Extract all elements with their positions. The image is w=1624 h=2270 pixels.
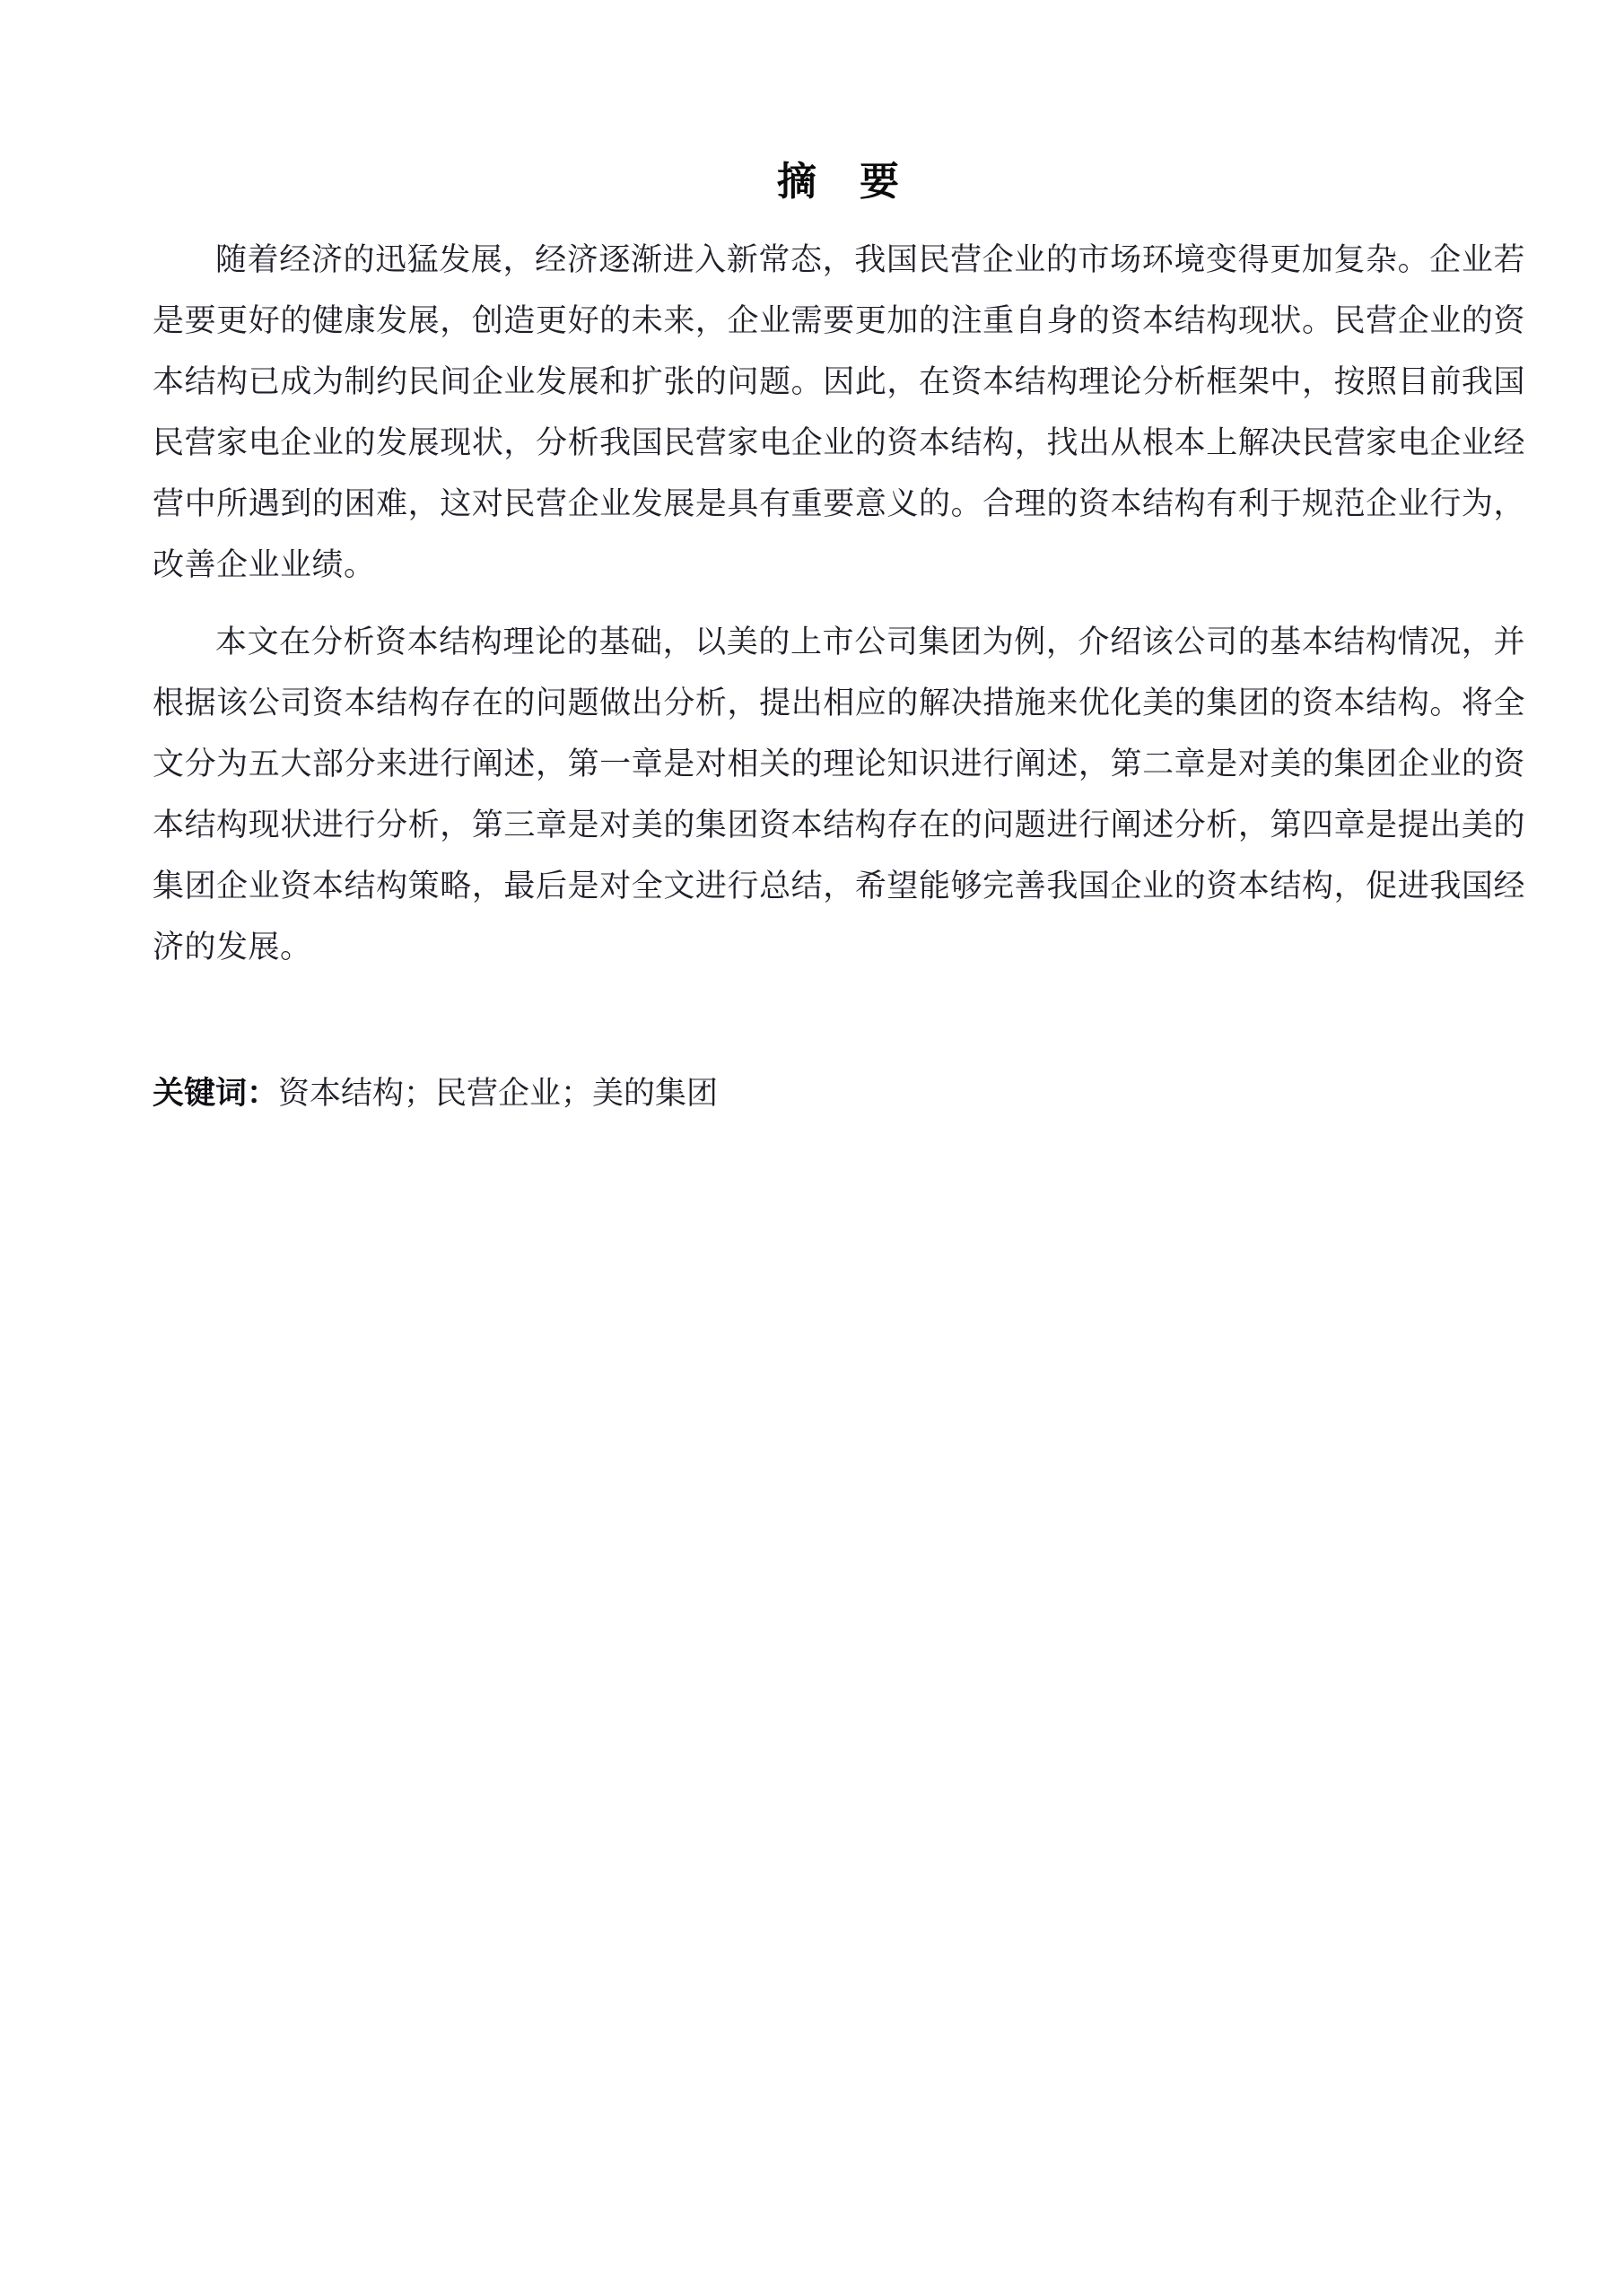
keywords-text: 资本结构；民营企业；美的集团 — [278, 1076, 718, 1111]
abstract-title: 摘 要 — [153, 158, 1525, 206]
keywords-line: 关键词：资本结构；民营企业；美的集团 — [153, 1063, 1525, 1124]
abstract-section: 摘 要 随着经济的迅猛发展，经济逐渐进入新常态，我国民营企业的市场环境变得更加复… — [0, 0, 1624, 1124]
keywords-label: 关键词： — [153, 1076, 278, 1111]
abstract-paragraph-1: 随着经济的迅猛发展，经济逐渐进入新常态，我国民营企业的市场环境变得更加复杂。企业… — [153, 230, 1525, 596]
document-page: 摘 要 随着经济的迅猛发展，经济逐渐进入新常态，我国民营企业的市场环境变得更加复… — [0, 0, 1624, 2270]
abstract-paragraph-2: 本文在分析资本结构理论的基础，以美的上市公司集团为例，介绍该公司的基本结构情况，… — [153, 612, 1525, 978]
